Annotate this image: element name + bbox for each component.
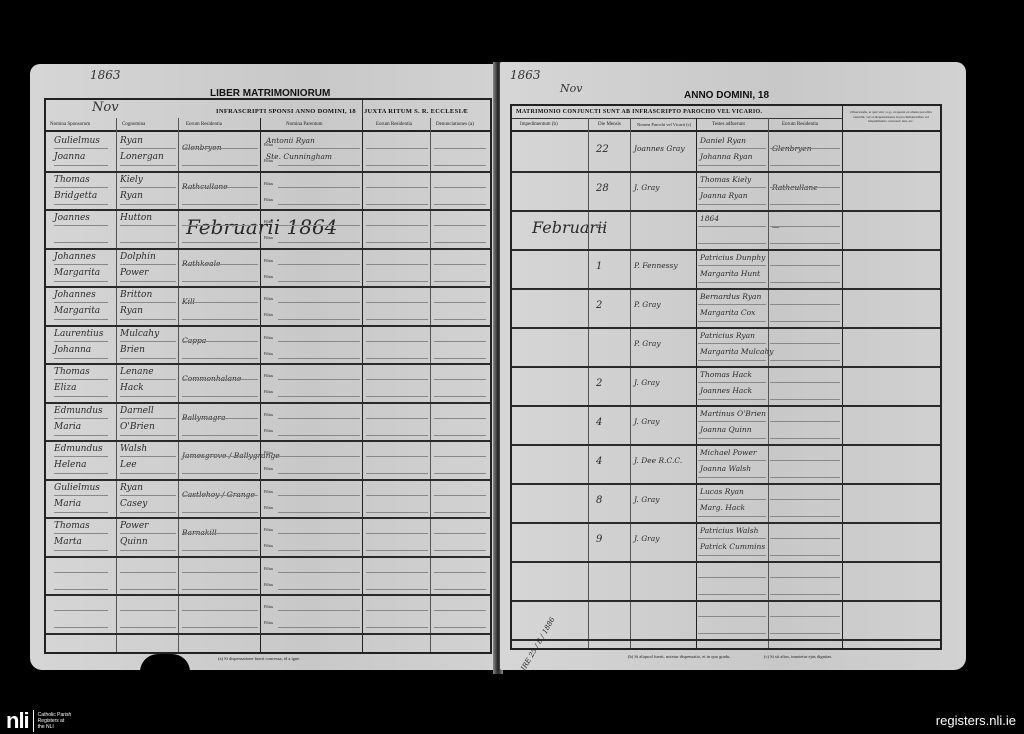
table-row: FiliusFilius [46,594,490,635]
header-rite: JUXTA RITUM S. R. ECCLESIÆ [364,108,468,115]
table-row: LaurentiusJohannaMulcahyBrienCappaFilius… [46,325,490,366]
bride-name: Margarita [54,306,100,316]
priest-name: J. Gray [634,495,659,504]
witness-2: Patrick Cummins [700,542,765,551]
witness-2: Margarita Cox [700,308,755,317]
witness-2: Margarita Hunt [700,269,760,278]
witness-1: Lucas Ryan [700,487,744,496]
witness-2: Marg. Hack [700,503,745,512]
row-note: Februarii 1864 [186,215,337,239]
table-row [512,600,940,641]
witness-2: Joanna Quinn [700,425,752,434]
col-residentia: Eorum Residentia [186,122,222,127]
bride-surname: Hack [120,383,144,393]
witness-2: Joanna Ryan [700,191,748,200]
groom-name: Gulielmus [54,483,100,493]
groom-name: Edmundus [54,406,103,416]
header-conjuncti: MATRIMONIO CONJUNCTI SUNT AB INFRASCRIPT… [516,109,762,115]
col-cognomina: Cognomina [122,122,145,127]
groom-surname: Walsh [120,444,147,454]
table-row: JohannesMargaritaDolphinPowerRathkealeFi… [46,248,490,289]
col-residentia-parentum: Eorum Residentia [376,122,412,127]
table-row: JohannesMargaritaBrittonRyanKillFiliusFi… [46,286,490,327]
witness-1: Martinus O'Brien [700,409,766,418]
groom-name: Gulielmus [54,136,100,146]
table-row: 9J. GrayPatricius WalshPatrick Cummins [512,522,940,563]
groom-surname: Ryan [120,483,143,493]
groom-surname: Ryan [120,136,143,146]
bride-surname: O'Brien [120,422,155,432]
groom-name: Johannes [54,252,96,262]
header-sponsi: INFRASCRIPTI SPONSI ANNO DOMINI, 18 [216,108,356,115]
day-of-month: 22 [596,144,609,155]
table-row: EdmundusMariaDarnellO'BrienBallymagraFil… [46,402,490,443]
groom-name: Johannes [54,290,96,300]
table-row: GulielmusJoannaRyanLonerganGlenbryenAnto… [46,132,490,173]
col-observanda: Observanda, si quæ sint ; e.g., si spons… [846,110,936,124]
groom-name: Thomas [54,521,90,531]
bride-name: Margarita [54,268,100,278]
row-note: Februarii [532,218,607,237]
table-row: ThomasBridgettaKielyRyanRathcullaneFiliu… [46,171,490,212]
col-nomina-parentum: Nomina Parentum [286,122,323,127]
witness-1: Bernardus Ryan [700,292,761,301]
priest-name: P. Gray [634,339,661,348]
witness-1: Thomas Hack [700,370,752,379]
groom-name: Thomas [54,175,90,185]
col-testes: Testes adfuerunt [712,122,745,127]
col-die-mensis: Die Mensis [598,122,621,127]
left-page: 1863 LIBER MATRIMONIORUM Nov INFRASCRIPT… [30,64,496,670]
priest-name: J. Gray [634,183,659,192]
groom-surname: Darnell [120,406,154,416]
table-row: 22Joannes GrayDaniel RyanJohanna RyanGle… [512,132,940,173]
nli-logo-text: Catholic Parish Registers at the NLI [38,712,72,730]
witness-1: Patricius Ryan [700,331,755,340]
table-row: 4J. Dee R.C.C.Michael PowerJoanna Walsh [512,444,940,485]
bride-name: Bridgetta [54,191,97,201]
priest-name: Joannes Gray [634,144,685,153]
parent-2: Ste. Cunningham [266,152,332,161]
day-of-month: 4 [596,456,602,467]
witness-1: Thomas Kiely [700,175,751,184]
witness-2: Margarita Mulcahy [700,347,774,356]
col-residentia-testes: Eorum Residentia [782,122,818,127]
bride-name: Johanna [54,345,91,355]
footnote-b: (b) Si aliquod fuerit, notetur dispensat… [628,654,730,659]
witness-1: Daniel Ryan [700,136,746,145]
table-row: 4J. GrayMartinus O'BrienJoanna Quinn [512,405,940,446]
table-row: FiliusFilius [46,556,490,597]
bride-surname: Brien [120,345,145,355]
marriage-table-left: Nov INFRASCRIPTI SPONSI ANNO DOMINI, 18 … [44,98,492,654]
table-row [512,561,940,602]
priest-name: J. Dee R.C.C. [634,456,682,465]
witness-2: Johanna Ryan [700,152,752,161]
marriage-table-right: MATRIMONIO CONJUNCTI SUNT AB INFRASCRIPT… [510,104,942,650]
table-row: 28J. GrayThomas KielyJoanna RyanRathcull… [512,171,940,212]
right-page: 1863 Nov ANNO DOMINI, 18 MATRIMONIO CONJ… [500,62,966,670]
priest-name: J. Gray [634,417,659,426]
groom-name: Edmundus [54,444,103,454]
table-row: P. GrayPatricius RyanMargarita Mulcahy [512,327,940,368]
bride-surname: Lee [120,460,137,470]
table-row: JoannesHuttonFebruarii 1864FiliusFilius [46,209,490,250]
groom-name: Thomas [54,367,90,377]
col-denunciationes: Denunciationes (a) [436,122,474,127]
table-row: 1P. FennessyPatricius DunphyMargarita Hu… [512,249,940,290]
witness-2: Joanna Walsh [700,464,751,473]
year-note: 1863 [90,68,121,82]
footnote-c: (c) Si sit alius, innotetur ejus dignita… [764,654,832,659]
groom-name: Joannes [54,213,90,223]
table-row: EdmundusHelenaWalshLeeJamesgrove / Bally… [46,440,490,481]
bride-name: Maria [54,422,81,432]
site-url[interactable]: registers.nli.ie [936,713,1016,728]
bride-surname: Ryan [120,191,143,201]
witness-1: Patricius Dunphy [700,253,765,262]
bride-surname: Casey [120,499,147,509]
groom-surname: Britton [120,290,152,300]
day-of-month: 2 [596,378,602,389]
witness-2: Joannes Hack [700,386,752,395]
parent-1: Antonii Ryan [266,136,315,145]
priest-name: J. Gray [634,534,659,543]
table-row: 2J. GrayThomas HackJoannes Hack [512,366,940,407]
day-of-month: 2 [596,300,602,311]
bride-name: Marta [54,537,82,547]
page-title-right: ANNO DOMINI, 18 [684,90,769,101]
col-parochi: Nomen Parochi vel Vicarii (c) [637,122,691,127]
groom-surname: Power [120,521,148,531]
month-note: Nov [92,100,119,115]
bride-name: Joanna [54,152,85,162]
bride-surname: Power [120,268,148,278]
nli-logo-mark: nli [6,708,29,734]
bride-surname: Ryan [120,306,143,316]
priest-name: P. Gray [634,300,661,309]
table-row: GulielmusMariaRyanCaseyCastlehoy / Grang… [46,479,490,520]
table-row: —1864—Februarii [512,210,940,251]
witness-1: Patricius Walsh [700,526,758,535]
bride-name: Eliza [54,383,76,393]
table-row: ThomasElizaLenaneHackCommonhalaneFiliusF… [46,363,490,404]
table-row: 8J. GrayLucas RyanMarg. Hack [512,483,940,524]
day-of-month: 9 [596,534,602,545]
bride-surname: Lonergan [120,152,164,162]
year-note-right: 1863 [510,68,541,82]
groom-surname: Mulcahy [120,329,159,339]
col-nomina-sponsorum: Nomina Sponsorum [50,122,90,127]
day-of-month: 1 [596,261,602,272]
groom-name: Laurentius [54,329,103,339]
groom-surname: Lenane [120,367,154,377]
groom-surname: Kiely [120,175,143,185]
register-book: 1863 LIBER MATRIMONIORUM Nov INFRASCRIPT… [30,62,970,674]
priest-name: J. Gray [634,378,659,387]
col-impedimentum: Impedimentum (b) [520,122,558,127]
nli-logo: nli Catholic Parish Registers at the NLI [6,708,71,734]
witness-1: Michael Power [700,448,757,457]
month-note-right: Nov [560,82,582,95]
day-of-month: 28 [596,183,609,194]
bride-name: Maria [54,499,81,509]
table-row: ThomasMartaPowerQuinnBarnakillFiliusFili… [46,517,490,558]
table-row: 2P. GrayBernardus RyanMargarita Cox [512,288,940,329]
day-of-month: 8 [596,495,602,506]
groom-surname: Hutton [120,213,152,223]
groom-surname: Dolphin [120,252,156,262]
footnote-a: (a) Si dispensatione fuerit concessa, id… [218,656,300,661]
day-of-month: 4 [596,417,602,428]
bride-name: Helena [54,460,87,470]
bride-surname: Quinn [120,537,148,547]
priest-name: P. Fennessy [634,261,678,270]
witness-1: 1864 [700,214,719,223]
